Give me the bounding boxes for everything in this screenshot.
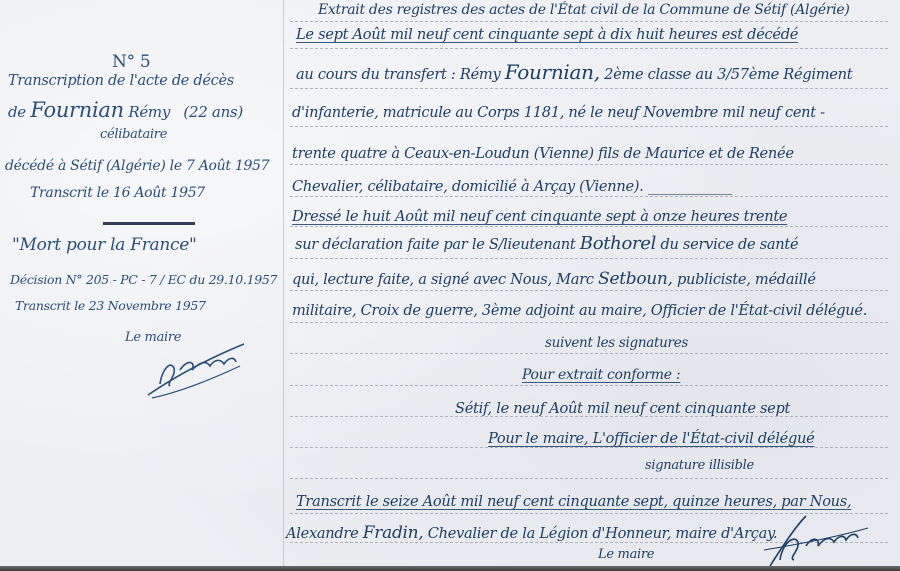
mayor-label: Le maire	[598, 547, 654, 562]
ruled-line	[290, 353, 888, 354]
document-title: Extrait des registres des actes de l'Éta…	[318, 2, 850, 18]
decision-reference: Décision N° 205 - PC - 7 / EC du 29.10.1…	[10, 272, 277, 287]
surname: Fournian	[30, 98, 124, 122]
ruled-line	[290, 226, 888, 227]
body-line-8: qui, lecture faite, a signé avec Nous, M…	[292, 269, 816, 289]
ruled-line	[290, 258, 888, 259]
body-line-3: d'infanterie, matricule au Corps 1181, n…	[292, 104, 825, 121]
officer-name: Setboun,	[598, 269, 673, 289]
ruled-line	[290, 164, 888, 165]
declarant-name: Bothorel	[580, 233, 656, 254]
signatures-follow: suivent les signatures	[545, 335, 688, 351]
death-place-date: décédé à Sétif (Algérie) le 7 Août 1957	[5, 158, 269, 174]
ruled-line	[290, 447, 888, 448]
ruled-line	[290, 126, 888, 127]
body-line-7-b: du service de santé	[660, 236, 798, 253]
body-line-7-a: sur déclaration faite par le S/lieutenan…	[295, 236, 575, 253]
signature-icon	[140, 340, 250, 400]
body-line-6-a: Dressé le huit	[292, 208, 391, 225]
body-line-9: militaire, Croix de guerre, 3ème adjoint…	[292, 302, 867, 319]
ruled-line	[290, 478, 888, 479]
issue-place-date: Sétif, le neuf Août mil neuf cent cinqua…	[455, 400, 790, 417]
mayor-first-name: Alexandre	[286, 525, 358, 542]
margin-heading: Transcription de l'acte de décès	[8, 73, 234, 89]
margin-name-line: de Fournian Rémy (22 ans)	[8, 98, 243, 122]
illegible-signature: signature illisible	[645, 458, 754, 473]
transcription-date: Transcrit le 16 Août 1957	[30, 185, 205, 201]
scan-edge	[0, 566, 900, 571]
body-line-7: sur déclaration faite par le S/lieutenan…	[295, 233, 798, 254]
ruled-line	[290, 290, 888, 291]
body-line-5: Chevalier, célibataire, domicilié à Arça…	[292, 178, 732, 195]
deceased-surname: Fournian,	[505, 60, 600, 84]
second-transcription-date: Transcrit le 23 Novembre 1957	[15, 298, 206, 313]
body-line-6: Dressé le huit Août mil neuf cent cinqua…	[292, 208, 787, 225]
ruled-line	[290, 322, 888, 323]
ruled-line	[290, 21, 888, 22]
body-line-8-a: qui, lecture faite, a signé avec Nous, M…	[292, 271, 594, 288]
margin-separator	[103, 222, 195, 225]
margin-divider	[283, 0, 284, 571]
ruled-line	[290, 88, 888, 89]
marital-status: célibataire	[100, 127, 167, 142]
body-line-6-b: Août mil neuf cent cinquante sept à onze…	[395, 208, 787, 225]
given-name: Rémy	[128, 103, 170, 121]
mayor-surname: Fradin,	[363, 523, 424, 543]
certified-extract: Pour extrait conforme :	[522, 367, 680, 383]
body-line-8-b: publiciste, médaillé	[677, 271, 816, 288]
body-line-4: trente quatre à Ceaux-en-Loudun (Vienne)…	[292, 145, 794, 162]
mayor-line: Alexandre Fradin, Chevalier de la Légion…	[286, 523, 777, 543]
body-line-1: Le sept Août mil neuf cent cinquante sep…	[296, 26, 798, 43]
officer-line: Pour le maire, L'officier de l'État-civi…	[488, 430, 814, 447]
record-number: N° 5	[112, 52, 150, 72]
body-line-2-b: 2ème classe au 3/57ème Régiment	[604, 66, 852, 83]
ruled-line	[290, 48, 888, 49]
ruled-line	[290, 385, 888, 386]
mayor-signature-icon	[760, 510, 870, 570]
transcription-line: Transcrit le seize Août mil neuf cent ci…	[296, 493, 851, 510]
body-line-2-a: au cours du transfert : Rémy	[296, 66, 500, 83]
mort-pour-la-france: "Mort pour la France"	[12, 235, 197, 255]
ruled-line	[290, 196, 888, 197]
name-prefix: de	[8, 103, 26, 121]
body-line-2: au cours du transfert : Rémy Fournian, 2…	[296, 60, 852, 84]
age: (22 ans)	[183, 103, 242, 121]
mayor-title: Chevalier de la Légion d'Honneur, maire …	[428, 525, 778, 542]
